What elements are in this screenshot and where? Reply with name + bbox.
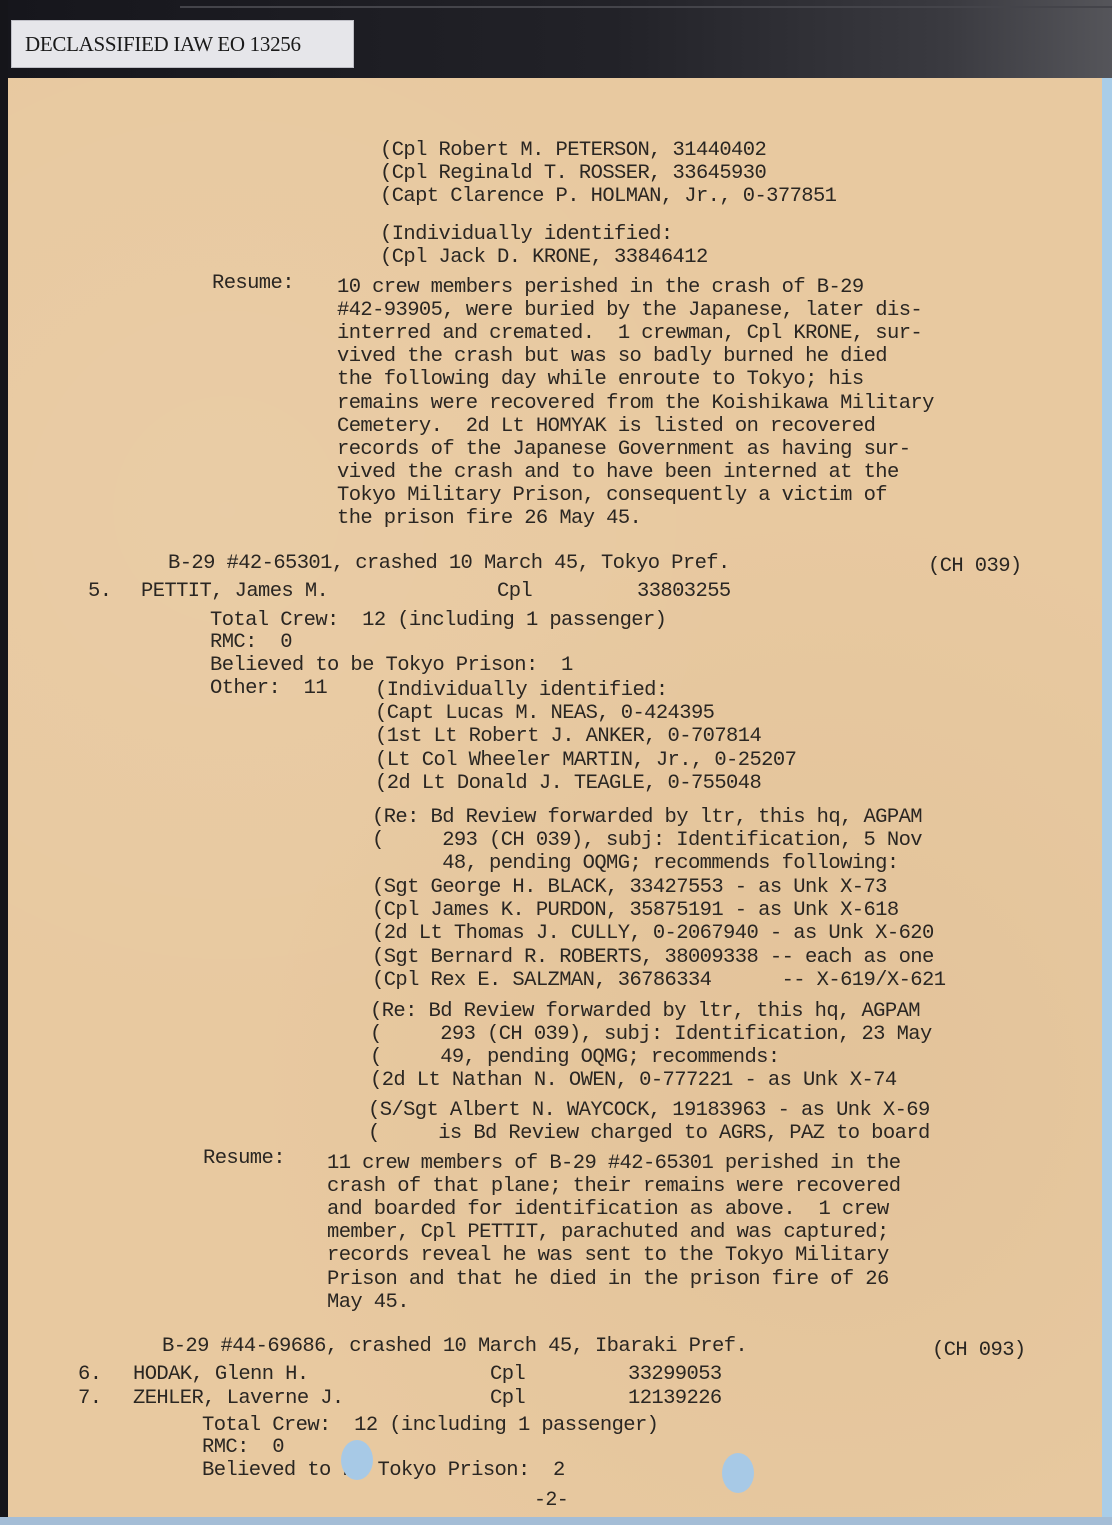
identified-line: (1st Lt Robert J. ANKER, 0-707814 [375,725,761,749]
believed-tokyo-prison: Believed to be Tokyo Prison: 1 [210,654,573,678]
review-line: (Re: Bd Review forwarded by ltr, this hq… [370,1000,920,1024]
resume-line: and boarded for identification as above.… [327,1198,889,1222]
identified-line: (Capt Lucas M. NEAS, 0-424395 [375,702,714,726]
case-number: (CH 093) [932,1339,1026,1363]
entry-serial: 33299053 [628,1363,722,1387]
scanner-frame-right [1102,78,1112,1525]
resume-line: Tokyo Military Prison, consequently a vi… [337,484,887,508]
review-line: (S/Sgt Albert N. WAYCOCK, 19183963 - as … [368,1099,930,1123]
case-number: (CH 039) [928,555,1022,579]
resume-line: member, Cpl PETTIT, parachuted and was c… [327,1221,889,1245]
review-line: ( 49, pending OQMG; recommends: [370,1046,780,1070]
review-line: 48, pending OQMG; recommends following: [372,852,899,876]
resume-line: Cemetery. 2d Lt HOMYAK is listed on reco… [337,415,875,439]
punch-hole [722,1453,754,1493]
resume-line: 11 crew members of B-29 #42-65301 perish… [327,1152,900,1176]
list-line: (Capt Clarence P. HOLMAN, Jr., 0-377851 [380,185,836,209]
review-line: (2d Lt Thomas J. CULLY, 0-2067940 - as U… [372,922,934,946]
identified-line: (Lt Col Wheeler MARTIN, Jr., 0-25207 [375,749,796,773]
resume-line: Prison and that he died in the prison fi… [327,1268,889,1292]
resume-label: Resume: [212,272,294,296]
entry-rank: Cpl [497,580,532,604]
resume-line: vived the crash but was so badly burned … [337,345,887,369]
review-line: (Cpl James K. PURDON, 35875191 - as Unk … [372,899,899,923]
review-line: ( 293 (CH 039), subj: Identification, 23… [370,1023,932,1047]
entry-rank: Cpl [490,1387,525,1411]
resume-line: remains were recovered from the Koishika… [337,392,934,416]
resume-line: the prison fire 26 May 45. [337,507,641,531]
entry-number: 5. [88,580,111,604]
review-line: (Cpl Rex E. SALZMAN, 36786334 -- X-619/X… [372,969,945,993]
review-line: (Sgt George H. BLACK, 33427553 - as Unk … [372,876,887,900]
resume-line: May 45. [327,1291,409,1315]
entry-rank: Cpl [490,1363,525,1387]
resume-line: 10 crew members perished in the crash of… [337,276,864,300]
entry-serial: 33803255 [637,580,731,604]
resume-line: the following day while enroute to Tokyo… [337,368,864,392]
review-line: (Re: Bd Review forwarded by ltr, this hq… [372,806,922,830]
rmc: RMC: 0 [202,1436,284,1460]
resume-line: #42-93905, were buried by the Japanese, … [337,299,922,323]
list-line: (Cpl Jack D. KRONE, 33846412 [380,246,708,270]
scanner-frame-left [0,0,8,1525]
identified-line: (2d Lt Donald J. TEAGLE, 0-755048 [375,772,761,796]
list-line: (Individually identified: [380,223,673,247]
believed-tokyo-prison: Believed to be Tokyo Prison: 2 [202,1459,565,1483]
review-line: ( 293 (CH 039), subj: Identification, 5 … [372,829,922,853]
entry-name: PETTIT, James M. [141,580,328,604]
entry-name: ZEHLER, Laverne J. [133,1387,344,1411]
resume-line: records reveal he was sent to the Tokyo … [327,1244,889,1268]
rmc: RMC: 0 [210,631,292,655]
aircraft-header: B-29 #44-69686, crashed 10 March 45, Iba… [162,1335,747,1359]
list-line: (Cpl Reginald T. ROSSER, 33645930 [380,162,766,186]
other-count: Other: 11 [210,677,327,701]
aircraft-header: B-29 #42-65301, crashed 10 March 45, Tok… [168,552,730,576]
total-crew: Total Crew: 12 (including 1 passenger) [202,1414,658,1438]
entry-number: 7. [78,1387,101,1411]
review-line: (Sgt Bernard R. ROBERTS, 38009338 -- eac… [372,946,934,970]
declassified-stamp: DECLASSIFIED IAW EO 13256 [11,20,354,68]
resume-line: records of the Japanese Government as ha… [337,438,910,462]
resume-line: crash of that plane; their remains were … [327,1175,900,1199]
resume-label: Resume: [203,1147,285,1171]
entry-name: HODAK, Glenn H. [133,1363,309,1387]
page-number: -2- [534,1489,568,1513]
resume-line: interred and cremated. 1 crewman, Cpl KR… [337,322,922,346]
identified-line: (Individually identified: [375,679,668,703]
resume-line: vived the crash and to have been interne… [337,461,899,485]
scanner-frame-bottom [0,1517,1112,1525]
punch-hole [341,1440,373,1480]
review-line: ( is Bd Review charged to AGRS, PAZ to b… [368,1122,930,1146]
list-line: (Cpl Robert M. PETERSON, 31440402 [380,139,766,163]
review-line: (2d Lt Nathan N. OWEN, 0-777221 - as Unk… [370,1069,897,1093]
entry-number: 6. [78,1363,101,1387]
entry-serial: 12139226 [628,1387,722,1411]
total-crew: Total Crew: 12 (including 1 passenger) [210,609,666,633]
